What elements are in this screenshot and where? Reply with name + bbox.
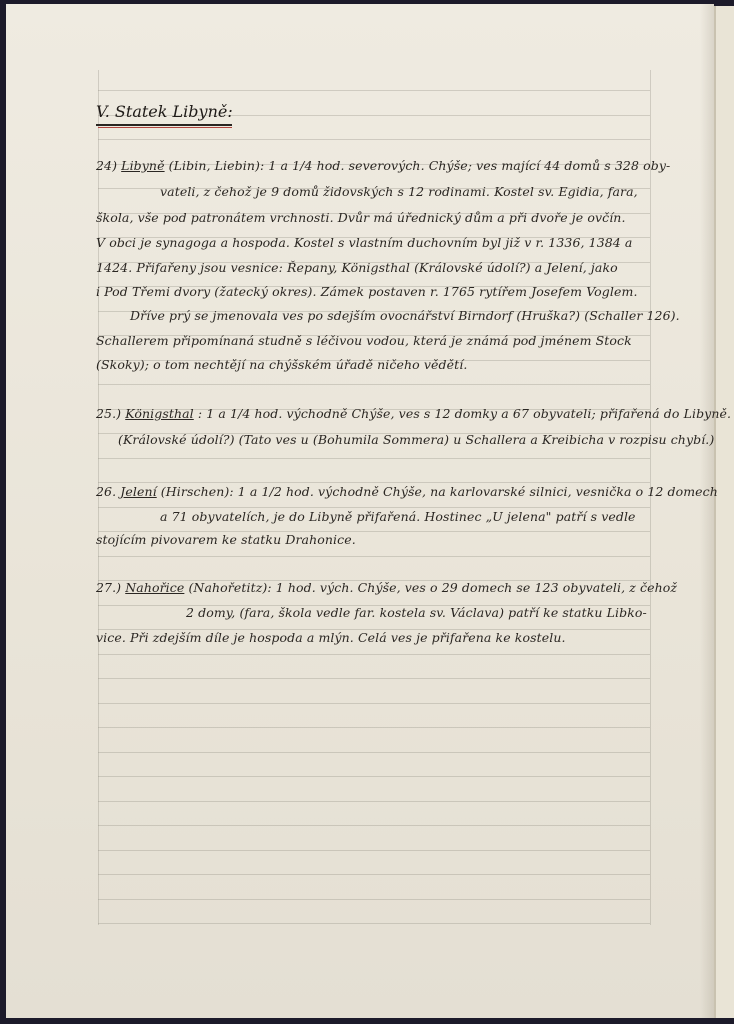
entry-number: 27.) [96, 580, 121, 595]
heading-underline [96, 124, 232, 126]
entry-26-line-1: 26. Jelení (Hirschen): 1 a 1/2 hod. vých… [96, 484, 718, 499]
entry-24-line-9: (Skoky); o tom nechtějí na chýšském úřad… [96, 357, 467, 372]
ruled-line [98, 776, 650, 777]
entry-24-line-7: Dříve prý se jmenovala ves po sdejším ov… [130, 308, 680, 323]
entry-text: (Libin, Liebin): 1 a 1/4 hod. severových… [169, 158, 671, 173]
ruled-line [98, 90, 650, 91]
entry-25-line-2: (Královské údolí?) (Tato ves u (Bohumila… [118, 432, 714, 447]
ruled-line [98, 482, 650, 483]
entry-24-line-4: V obci je synagoga a hospoda. Kostel s v… [96, 235, 633, 250]
entry-text: (Nahořetitz): 1 hod. vých. Chýše, ves o … [188, 580, 677, 595]
heading-underline-red [98, 127, 232, 128]
ruled-line [98, 458, 650, 459]
entry-26-line-3: stojícím pivovarem ke statku Drahonice. [96, 532, 356, 547]
entry-name: Libyně [121, 158, 164, 173]
entry-number: 25.) [96, 406, 121, 421]
entry-24-line-1: 24) Libyně (Libin, Liebin): 1 a 1/4 hod.… [96, 158, 670, 173]
entry-27-line-2: 2 domy, (fara, škola vedle far. kostela … [186, 605, 647, 620]
section-heading: V. Statek Libyně: [96, 102, 233, 121]
entry-number: 26. [96, 484, 116, 499]
entry-24-line-8: Schallerem připomínaná studně s léčivou … [96, 333, 632, 348]
ruled-line [98, 703, 650, 704]
entry-text: : 1 a 1/4 hod. východně Chýše, ves s 12 … [198, 406, 731, 421]
entry-27-line-3: vice. Při zdejším díle je hospoda a mlýn… [96, 630, 566, 645]
ruled-line [98, 139, 650, 140]
entry-27-line-1: 27.) Nahořice (Nahořetitz): 1 hod. vých.… [96, 580, 677, 595]
entry-26-line-2: a 71 obyvatelích, je do Libyně přifařená… [160, 509, 636, 524]
ruled-line [98, 727, 650, 728]
ruled-line [98, 923, 650, 924]
entry-name: Jelení [120, 484, 156, 499]
ruled-line [98, 384, 650, 385]
entry-25-line-1: 25.) Königsthal : 1 a 1/4 hod. východně … [96, 406, 731, 421]
ruled-line [98, 874, 650, 875]
entry-name: Königsthal [125, 406, 194, 421]
next-page-edge [714, 6, 734, 1018]
entry-24-line-3: škola, vše pod patronátem vrchnosti. Dvů… [96, 210, 626, 225]
ruled-line [98, 678, 650, 679]
ruled-line [98, 801, 650, 802]
ruled-line [98, 899, 650, 900]
entry-24-line-6: i Pod Třemi dvory (žatecký okres). Zámek… [96, 284, 638, 299]
ruled-line [98, 507, 650, 508]
spine-shadow [700, 4, 714, 1018]
ruled-line [98, 654, 650, 655]
ruled-line [98, 752, 650, 753]
ruled-line [98, 556, 650, 557]
ruled-line [98, 850, 650, 851]
entry-text: (Hirschen): 1 a 1/2 hod. východně Chýše,… [161, 484, 718, 499]
entry-24-line-2: vateli, z čehož je 9 domů židovských s 1… [160, 184, 638, 199]
entry-number: 24) [96, 158, 117, 173]
entry-name: Nahořice [125, 580, 184, 595]
entry-24-line-5: 1424. Přifařeny jsou vesnice: Řepany, Kö… [96, 260, 618, 275]
ruled-line [98, 825, 650, 826]
